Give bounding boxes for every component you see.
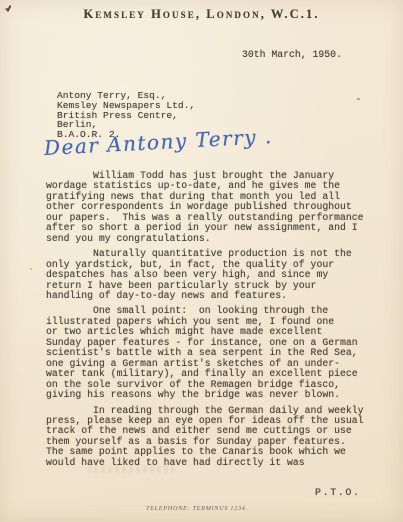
paper-speck — [30, 268, 32, 270]
ink-showthrough-smudge — [88, 466, 174, 473]
footer-telephone: TELEPHONE: TERMINUS 1234. — [146, 505, 248, 512]
paragraph-quality-of-despatches: Naturally quantitative production is not… — [46, 249, 391, 301]
letter-document: Kemsley House, London, W.C.1. 30th March… — [0, 0, 403, 522]
letter-body: William Todd has just brought the Januar… — [46, 171, 391, 473]
paper-speck — [357, 98, 360, 100]
pto-label: P.T.O. — [315, 488, 361, 499]
paragraph-german-press: In reading through the German daily and … — [46, 406, 391, 469]
paragraph-sunday-features: One small point: on looking through the … — [46, 306, 391, 400]
date-line: 30th March, 1950. — [242, 49, 342, 60]
paragraph-wordage-statistics: William Todd has just brought the Januar… — [46, 171, 391, 244]
letterhead: Kemsley House, London, W.C.1. — [0, 7, 403, 22]
